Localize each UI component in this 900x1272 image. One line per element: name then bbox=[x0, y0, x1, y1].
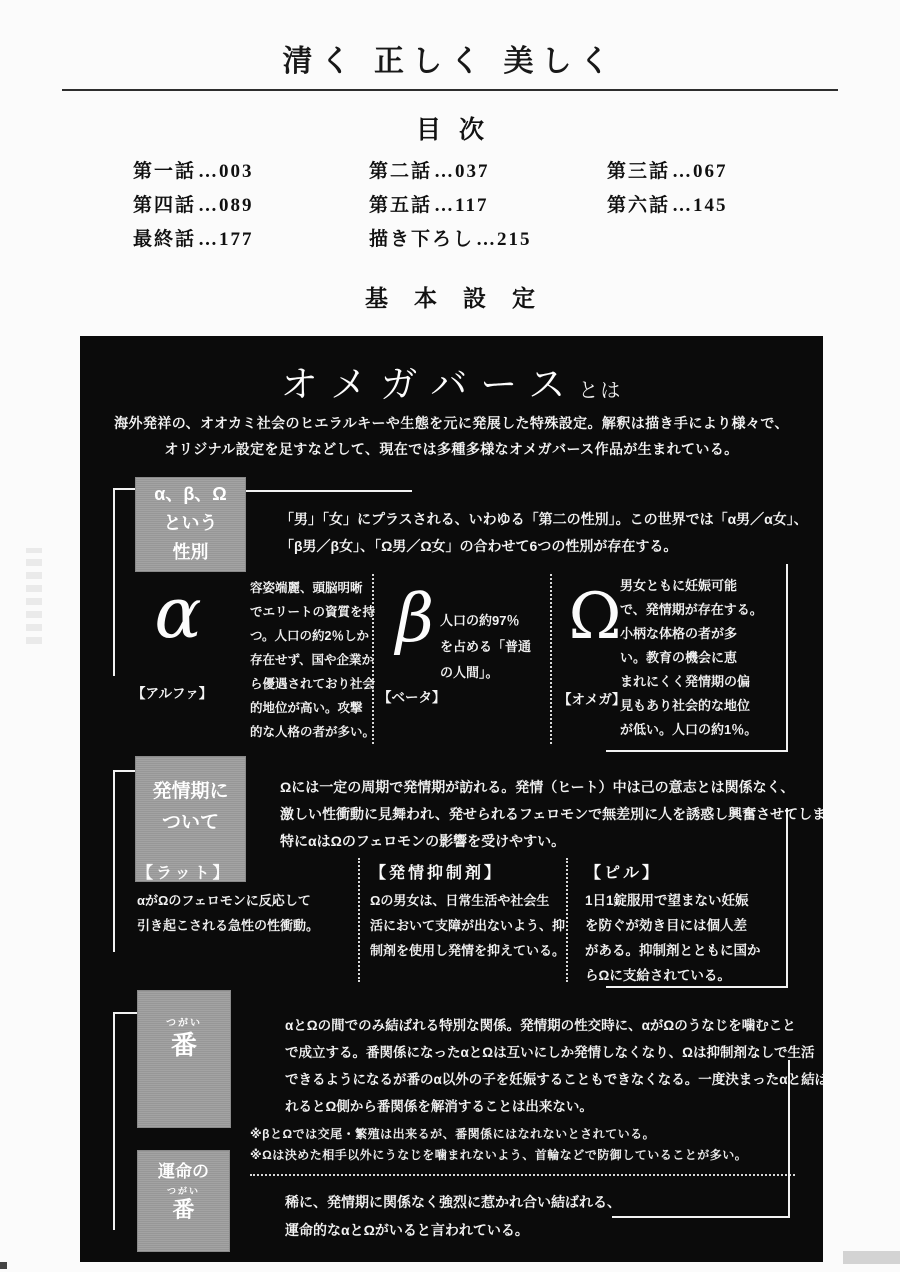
fated-pair-body: 稀に、発情期に関係なく強烈に惹かれ合い結ばれる、 運命的なαとΩがいると言われて… bbox=[285, 1188, 621, 1244]
fated-pair-label-line2: 番 bbox=[137, 1197, 230, 1223]
toc-dots: … bbox=[432, 161, 455, 182]
column-divider bbox=[550, 574, 552, 744]
toc-dots: … bbox=[196, 195, 219, 216]
bracket-line bbox=[788, 1060, 790, 1218]
bracket-line bbox=[786, 808, 788, 988]
suppressant-description: Ωの男女は、日常生活や社会生 活において支障が出ないよう、抑 制剤を使用し発情を… bbox=[370, 888, 565, 963]
toc-entry: 最終話…177 bbox=[133, 224, 369, 258]
toc-dots: … bbox=[196, 229, 219, 250]
column-divider bbox=[358, 858, 360, 982]
alpha-description: 容姿端麗、頭脳明晰 でエリートの資質を持 つ。人口の約2％しか 存在せず、国や企… bbox=[250, 576, 375, 744]
title-rule bbox=[62, 89, 838, 91]
panel-intro: 海外発祥の、オオカミ社会のヒエラルキーや生態を元に発展した特殊設定。解釈は描き手… bbox=[80, 410, 823, 462]
bracket-line bbox=[113, 1012, 139, 1014]
suppressant-title: 【発情抑制剤】 bbox=[370, 860, 503, 883]
omega-description: 男女ともに妊娠可能 で、発情期が存在する。 小柄な体格の者が多 い。教育の機会に… bbox=[620, 574, 763, 742]
toc-entry: 描き下ろし…215 bbox=[369, 224, 607, 258]
manga-toc-page: 清く 正しく 美しく 目次 第一話…003 第二話…037 第三話…067 第四… bbox=[0, 0, 900, 1272]
alpha-name: 【アルファ】 bbox=[132, 682, 212, 702]
bracket-line bbox=[113, 488, 115, 676]
book-title: 清く 正しく 美しく bbox=[0, 36, 900, 80]
toc-entry: 第四話…089 bbox=[133, 190, 369, 224]
bracket-line bbox=[606, 750, 788, 752]
fated-pair-label-line1: 運命の bbox=[137, 1160, 230, 1184]
beta-description: 人口の約97％ を占める「普通 の人間」。 bbox=[440, 608, 531, 686]
scan-smudge bbox=[843, 1251, 900, 1264]
toc-entry: 第三話…067 bbox=[607, 156, 833, 190]
pair-section-label-box: つがい 番 bbox=[137, 990, 231, 1128]
bracket-line bbox=[113, 770, 115, 952]
panel-title-suffix: とは bbox=[578, 380, 622, 402]
heat-section-body: Ωには一定の周期で発情期が訪れる。発情（ヒート）中は己の意志とは関係なく、 激し… bbox=[280, 774, 823, 855]
fated-pair-furigana: つがい bbox=[137, 1184, 230, 1197]
pair-note: ※βとΩでは交尾・繁殖は出来るが、番関係にはなれないとされている。 bbox=[250, 1124, 655, 1145]
pair-section-body: αとΩの間でのみ結ばれる特別な関係。発情期の性交時に、αがΩのうなじを噛むこと … bbox=[285, 1012, 823, 1120]
omega-name: 【オメガ】 bbox=[558, 688, 626, 708]
rut-description: αがΩのフェロモンに反応して 引き起こされる急性の性衝動。 bbox=[137, 888, 319, 938]
toc-entry: 第六話…145 bbox=[607, 190, 833, 224]
basic-settings-heading: 基本設定 bbox=[0, 280, 900, 313]
bracket-line bbox=[606, 986, 788, 988]
toc-entry: 第一話…003 bbox=[133, 156, 369, 190]
toc-dots: … bbox=[670, 195, 693, 216]
toc-heading: 目次 bbox=[0, 110, 900, 146]
column-divider bbox=[372, 574, 374, 744]
page-bleed-artifact bbox=[26, 548, 42, 644]
omegaverse-info-panel: オメガバースとは 海外発祥の、オオカミ社会のヒエラルキーや生態を元に発展した特殊… bbox=[80, 336, 823, 1262]
panel-title-row: オメガバースとは bbox=[80, 354, 823, 408]
gender-section-body: 「男」「女」にプラスされる、いわゆる「第二の性別」。この世界では「α男／α女」、… bbox=[280, 506, 808, 560]
pill-title: 【ピル】 bbox=[585, 860, 661, 883]
gender-section-label-box: α、β、Ω という 性別 bbox=[135, 477, 246, 572]
pill-description: 1日1錠服用で望まない妊娠 を防ぐが効き目には個人差 がある。抑制剤とともに国か… bbox=[585, 888, 761, 988]
bracket-line bbox=[786, 564, 788, 752]
pair-note: ※Ωは決めた相手以外にうなじを噛まれないよう、首輪などで防御していることが多い。 bbox=[250, 1145, 747, 1166]
column-divider bbox=[566, 858, 568, 982]
panel-title: オメガバース bbox=[281, 365, 579, 406]
rut-title: 【ラット】 bbox=[137, 860, 232, 883]
connector-line bbox=[246, 490, 412, 492]
beta-name: 【ベータ】 bbox=[378, 686, 446, 706]
pair-furigana: つがい bbox=[137, 1014, 231, 1029]
toc-entry: 第二話…037 bbox=[369, 156, 607, 190]
bracket-line bbox=[113, 1012, 115, 1230]
toc-dots: … bbox=[474, 229, 497, 250]
dotted-separator bbox=[250, 1174, 795, 1176]
toc-dots: … bbox=[670, 161, 693, 182]
toc-entry: 第五話…117 bbox=[369, 190, 607, 224]
table-of-contents: 第一話…003 第二話…037 第三話…067 第四話…089 第五話…117 … bbox=[133, 156, 833, 258]
toc-dots: … bbox=[196, 161, 219, 182]
scan-mark bbox=[0, 1262, 7, 1269]
pair-label: 番 bbox=[137, 1029, 231, 1061]
toc-dots: … bbox=[432, 195, 455, 216]
bracket-line bbox=[612, 1216, 790, 1218]
alpha-symbol: α bbox=[138, 572, 218, 654]
fated-pair-label-box: 運命の つがい 番 bbox=[137, 1150, 230, 1252]
